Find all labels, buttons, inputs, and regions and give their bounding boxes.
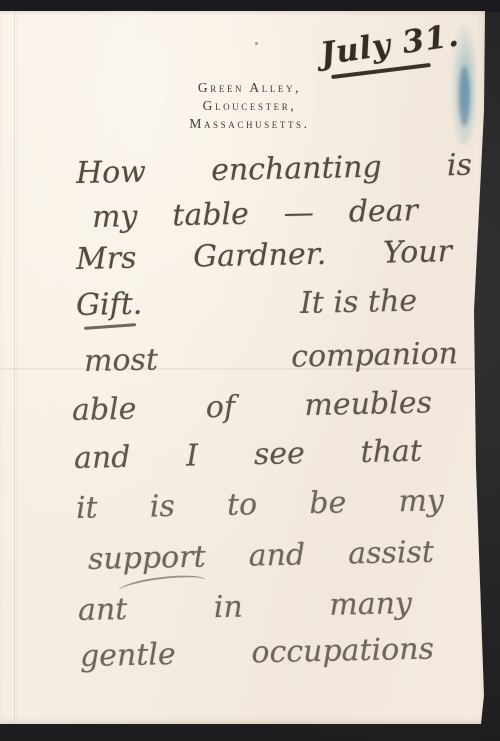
handwriting-line: Mrs Gardner. Your [76, 233, 453, 279]
letterhead: Green Alley, Gloucester, Massachusetts. [20, 79, 479, 133]
letterhead-line-state: Massachusetts. [20, 115, 479, 133]
handwriting-line: Gift. [76, 286, 143, 325]
handwriting-line: my table — dear [92, 192, 419, 237]
letterhead-line-city: Gloucester, [20, 97, 479, 115]
handwriting-line: It is the [300, 283, 411, 323]
handwriting-line: gentle occupations [80, 631, 435, 676]
letterhead-line-address: Green Alley, [20, 79, 479, 97]
handwriting-line: it is to be my [76, 482, 445, 528]
handwritten-date: July 31. [318, 17, 461, 72]
letter-paper: July 31. Green Alley, Gloucester, Massac… [0, 11, 488, 724]
handwriting-line: able of meubles [72, 384, 433, 430]
handwriting-line: and I see that [74, 433, 423, 478]
handwriting-line: most companion [84, 335, 459, 381]
handwriting-line: How enchanting is [76, 147, 473, 193]
paper-speck [255, 42, 258, 45]
handwriting-line: support and assist [88, 534, 435, 579]
